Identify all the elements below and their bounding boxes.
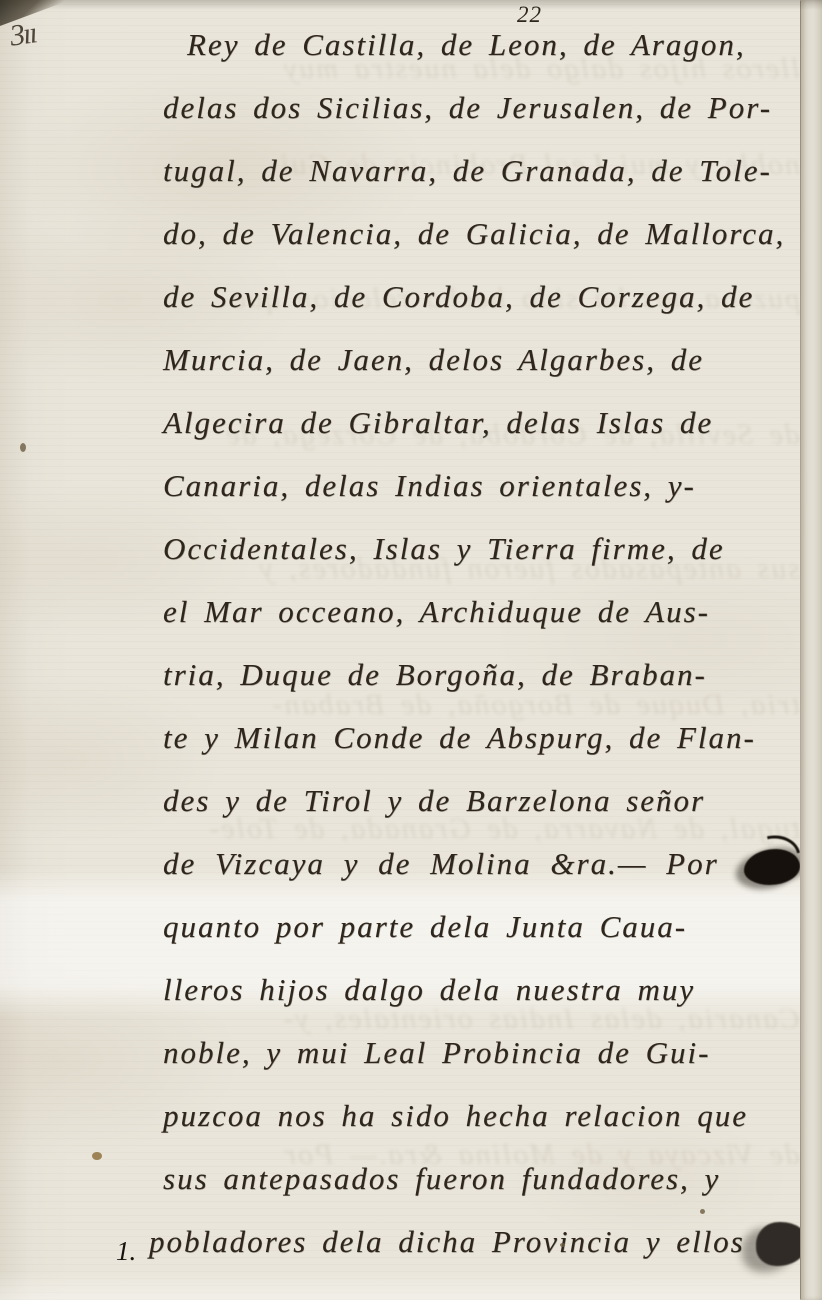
paper-stain [20,443,26,452]
manuscript-line: tria, Duque de Borgoña, de Braban- [163,643,808,706]
manuscript-line: do, de Valencia, de Galicia, de Mallorca… [163,202,808,265]
manuscript-line: delas dos Sicilias, de Jerusalen, de Por… [163,76,808,139]
manuscript-page: lleros hijos dalgo dela nuestra muy nobl… [0,0,822,1300]
manuscript-line: Occidentales, Islas y Tierra firme, de [163,517,808,580]
manuscript-line: pobladores dela dicha Provincia y ellos [163,1210,808,1273]
manuscript-line: Algecira de Gibraltar, delas Islas de [163,391,808,454]
manuscript-line: Rey de Castilla, de Leon, de Aragon, [163,13,808,76]
manuscript-line: tugal, de Navarra, de Granada, de Tole- [163,139,808,202]
paper-stain [92,1152,102,1160]
manuscript-line: sus antepasados fueron fundadores, y [163,1147,808,1210]
manuscript-line: puzcoa nos ha sido hecha relacion que [163,1084,808,1147]
manuscript-line: des y de Tirol y de Barzelona señor [163,769,808,832]
top-edge-shadow [0,0,822,10]
manuscript-line: quanto por parte dela Junta Caua- [163,895,808,958]
paper-stain [700,1209,705,1214]
manuscript-line: noble, y mui Leal Probincia de Gui- [163,1021,808,1084]
manuscript-line: lleros hijos dalgo dela nuestra muy [163,958,808,1021]
manuscript-line: de Sevilla, de Cordoba, de Corzega, de [163,265,808,328]
manuscript-line: el Mar occeano, Archiduque de Aus- [163,580,808,643]
manuscript-line: de Vizcaya y de Molina &ra.— Por [163,832,808,895]
page-edge-strip [801,0,822,1300]
manuscript-line: Canaria, delas Indias orientales, y- [163,454,808,517]
manuscript-text: Rey de Castilla, de Leon, de Aragon, del… [163,13,808,1273]
manuscript-line: Murcia, de Jaen, delos Algarbes, de [163,328,808,391]
paper-stain [560,1243,565,1247]
paper-light-band-bottom [0,1270,822,1300]
manuscript-line: te y Milan Conde de Abspurg, de Flan- [163,706,808,769]
folio-mark: 3ıı [8,16,38,53]
margin-note: 1. [116,1236,136,1267]
